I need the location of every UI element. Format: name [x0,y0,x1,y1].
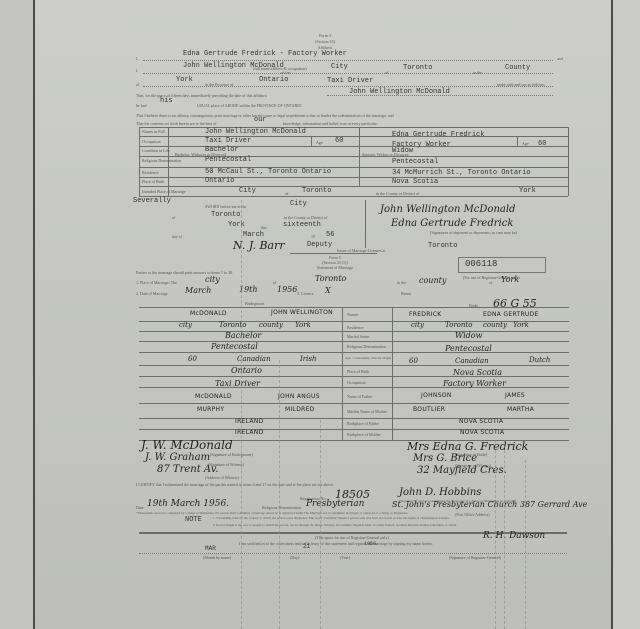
form5-title: Statement of Marriage [301,265,369,270]
certification-date: 19th March 1956. [147,499,229,509]
place-label: 1. Place of Marriage: The [136,280,177,285]
groom-birthplace: Ontario [205,177,234,185]
rule [139,553,567,554]
usual-abode-text: USUAL place of ABODE within the PROVINCE… [197,103,302,108]
affidavit-occupation: Taxi Driver [327,77,373,85]
of-label: of [172,215,175,220]
note-label: NOTE [185,516,202,524]
mid-label-father: Name of Father [347,394,372,399]
grid-rule [139,365,569,366]
hint: Spinster, Widow or Divorcee [362,152,408,157]
mid-label-marital: Marital Status [347,334,370,339]
grid-border [139,307,569,308]
bride-res-county-type: county [483,321,507,329]
rule [143,73,553,74]
officiant-denomination: Presbyterian [306,499,364,509]
in-the-label: in the [397,280,406,285]
bride-father-birthplace: NOVA SCOTIA [459,418,503,425]
affidavit-i-label: I, [136,56,138,61]
scan-streak [495,440,496,629]
month-label: (Month by name) [203,555,231,560]
mid-label-age: Age / Citizenship / Racial Origin [345,356,391,360]
bride-father-surname: JOHNSON [421,392,452,399]
place-type: city [205,275,220,284]
county-label: in the County or District of [376,191,419,196]
of-label: of [489,280,492,285]
address-label: (Post Office Address) [455,512,490,517]
place-name: Toronto [315,274,346,283]
fifteen-days-text: That, for the space of fifteen days imme… [136,93,267,98]
grid-rule [139,429,569,430]
table-rule [139,146,568,147]
marriage-place-type: City [239,187,256,195]
groom-occupation-5: Taxi Driver [215,379,260,388]
form4-label: Form 4 [315,33,335,38]
affidavit-county-name: York [176,76,193,84]
label-birthplace: Place of Birth [142,179,164,184]
address-label: (Address of Witness) [205,475,239,480]
groom-name: John Wellington McDonald [205,128,306,136]
note-3: 2. Racial Origin is the race or people t… [213,523,457,527]
sworn-month: March [243,231,264,239]
table-border [139,127,568,128]
label-religion: Religious Denomination [142,158,181,163]
rule [327,95,553,96]
had-label: he had [136,103,147,108]
table-rule [139,177,568,178]
bride-mother-given: MARTHA [507,406,534,413]
bride-birthplace-5: Nova Scotia [453,368,502,377]
signature-note: (Signatures of deponent or deponents, as… [430,230,517,235]
knowledge-value: our [254,116,267,124]
of-label: of [136,82,139,87]
signature-label: (Signature of Bridegroom) [210,452,253,457]
mid-label-father-birthplace: Birthplace of Father [347,421,379,426]
grid-rule [139,352,569,353]
banns-label: Banns [401,291,411,296]
oath-text: make oath and say as follows: [497,82,545,87]
rg-year: 1956 [364,541,376,547]
mid-label-religion: Religious Denomination [347,344,386,349]
bride-racial-origin: Dutch [529,356,550,364]
sworn-year: 56 [326,231,334,239]
groom-res-county: York [295,321,311,329]
bride-res-type: city [411,321,424,329]
bride-res-city: Toronto [445,321,472,329]
registrar-signature: R. H. Dawson [483,531,545,541]
date-month: March [185,286,211,295]
groom-res-city: Toronto [219,321,246,329]
sworn-day: sixteenth [283,221,321,229]
bride-res-county: York [513,321,529,329]
sworn-county: York [228,221,245,229]
grid-rule [342,307,343,440]
bride-occupation-5: Factory Worker [443,379,506,388]
bride-age: 60 [538,140,546,148]
label-intended-place: Intended Place of Marriage [142,189,186,194]
this-label: this [261,225,267,230]
place-county-name: York [501,275,519,284]
of-label: of [285,191,288,196]
officiant-signature: John D. Hobbins [399,487,481,498]
license-label: 3. Licence [297,291,314,296]
groom-mother-given: MILDRED [285,406,315,413]
groom-age-label: Age [316,140,323,145]
affidavit-i2-label: I, [136,68,138,73]
bride-religion: Pentecostal [392,158,438,166]
groom-occupation: Taxi Driver [205,137,251,145]
bride-given: EDNA GERTRUDE [483,311,539,318]
form4-section: (Section 13) [305,39,345,44]
groom-father-surname: McDONALD [195,393,232,400]
bride-age-label: Age [522,141,529,146]
of-the-label: of the [281,70,290,75]
rg-signature-label: (Signature of Registrar-General) [449,555,501,560]
mid-label-mother-birthplace: Birthplace of Mother [347,432,381,437]
deputy-label: Deputy [307,241,332,249]
rg-day: 21 [303,543,310,550]
rg-space-text: (This space for use of Registrar-General… [315,535,389,540]
table-rule [139,136,568,137]
grid-rule [139,331,569,332]
scan-margin-left [0,0,33,629]
rg-month: MAR [205,545,216,552]
affidavit-city-type: City [331,63,348,71]
grid-rule [139,376,569,377]
in-the-label: in the [473,70,482,75]
bride-birthplace: Nova Scotia [392,178,438,186]
affidavit-province: Ontario [259,76,288,84]
bride-mother-surname: BOUTLIER [413,406,445,413]
bride-mother-birthplace: NOVA SCOTIA [460,429,504,436]
year-prefix: 19 [311,234,315,239]
groom-age: 60 [335,137,343,145]
grid-rule [139,418,569,419]
groom-religion-5: Pentecostal [211,342,258,351]
province-label: in the Province of [205,82,234,87]
note-2: 1. Citizenship refers to the country to … [213,516,449,520]
marriage-document-page: Form 4 (Section 13) Affidavit I, Edna Ge… [33,0,613,629]
contents-text: That the contents set forth herein are t… [136,121,216,126]
year-label: (Year) [340,555,350,560]
groom-citizenship: Canadian [237,355,271,363]
grid-rule [139,341,569,342]
grid-rule [139,403,569,404]
table-rule [311,136,312,146]
rule [143,60,553,61]
witness1-signature: J. W. Graham [145,452,210,463]
mid-label-names: Names [347,312,358,317]
bride-residence: 34 McMurrich St., Toronto Ontario [392,169,531,177]
denomination-label: Religious Denomination [262,505,301,510]
scan-streak [279,360,280,629]
severally-label: Severally [133,197,171,205]
bridegroom-heading: Bridegroom [245,301,264,306]
bride-citizenship: Canadian [455,357,489,365]
groom-birthplace-5: Ontario [231,366,262,375]
groom-religion: Pentecostal [205,156,251,164]
bride-father-given: JAMES [505,392,525,399]
and-label: and [557,56,563,61]
scan-margin-right [613,0,640,629]
date-prefix: Date [136,505,144,510]
mid-label-occupation: Occupation [347,380,365,385]
groom-mother-birthplace: IRELAND [235,429,264,436]
affidavit-county: County [505,64,530,72]
knowledge-text: knowledge, information and belief, true … [283,121,378,126]
groom-father-birthplace: IRELAND [235,418,264,425]
marriage-place-county: York [519,187,536,195]
rg-text: I am satisfied as to the correctness and… [239,541,433,546]
of-label: of [385,70,388,75]
day-of-label: day of [172,234,182,239]
label-names: Names in Full [142,129,165,134]
scan-streak [504,440,505,629]
scan-streak [241,200,242,629]
place-county-type: county [419,276,446,285]
bride-religion-5: Pentecostal [445,344,492,353]
groom-father-given: JOHN ANGUS [278,393,320,400]
bride-marital: Widow [455,331,482,340]
affiant-1: Edna Gertrude Fredrick - Factory Worker [183,50,347,58]
date-label: 2. Date of Marriage [136,291,168,296]
table-rule [139,186,568,187]
bride-surname: FREDRICK [409,311,442,318]
date-year: 1956 [277,285,297,294]
note-1: *These items are to be completed by a Ju… [136,511,409,515]
groom-racial-origin: Irish [300,355,316,363]
grid-rule [392,307,393,440]
scan-streak [525,460,526,629]
sworn-of: Toronto [211,211,240,219]
divider [365,200,366,248]
affidavit-city-name: Toronto [403,64,432,72]
groom-mother-surname: MURPHY [197,406,224,413]
groom-given: JOHN WELLINGTON [271,309,333,316]
registration-box-number: 006118 [465,259,497,269]
license-mark: X [325,286,331,295]
groom-marital: Bachelor [225,331,261,340]
table-rule [517,136,518,146]
marriage-place-name: Toronto [302,187,331,195]
mid-label-birthplace: Place of Birth [347,369,369,374]
of-label: of [273,280,276,285]
groom-age-5: 60 [188,355,197,363]
groom-res-type: city [179,321,192,329]
sworn-at: City [290,200,307,208]
had-value: his [160,97,173,105]
divider [290,253,377,254]
groom-affidavit-signature: John Wellington McDonald [380,204,515,215]
witness2-address: 32 Mayfield Cres. [417,465,507,476]
label-occupation: Occupation [142,139,160,144]
day-label: (Day) [290,555,299,560]
bride-name: Edna Gertrude Fredrick [392,131,484,139]
mid-label-mother: Maiden Name of Mother [347,409,387,414]
table-border [568,127,569,196]
label-residence: Residence [142,170,158,175]
table-rule [139,167,568,168]
groom-surname: McDONALD [190,310,227,317]
scan-streak [320,420,321,629]
groom-signature: J. W. McDonald [141,438,233,452]
certify-text: I CERTIFY that I solemnized the marriage… [136,482,334,487]
bride-age-5: 60 [409,357,418,365]
table-border [139,196,568,197]
bride-affidavit-signature: Edna Gertrude Fredrick [391,218,513,229]
witness1-address: 87 Trent Av. [157,464,218,475]
officiant-address: St. John's Presbyterian Church 387 Gerra… [392,500,587,509]
mid-label-residence: Residence [347,325,363,330]
groom-residence: 50 McCaul St., Toronto Ontario [205,168,331,176]
groom-res-county-type: county [259,321,283,329]
label-condition: Condition in Life [142,148,170,153]
note: (full name address & occupation) [253,66,307,71]
issuer-city: Toronto [428,242,457,250]
county-label: in the County or District of [284,215,327,220]
bride-note: 66 G 55 [493,297,537,310]
